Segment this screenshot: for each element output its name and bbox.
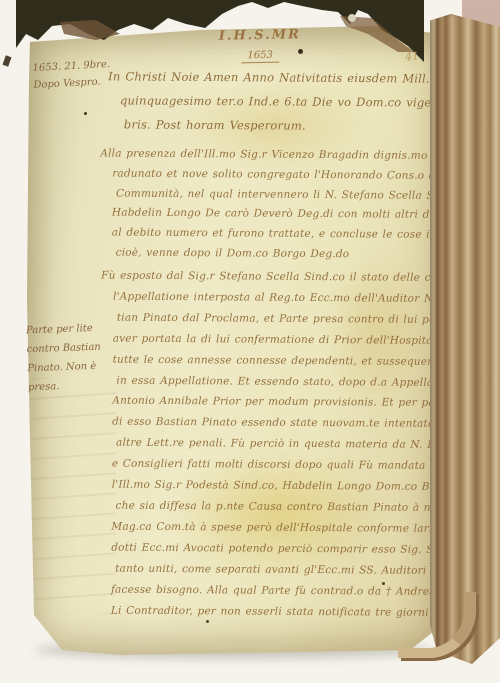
manuscript-photo: I.H.S.MR 1653 41 1653. 21. 9bre. Dopo Ve… [0, 0, 500, 683]
margin-note-line: Pinato. Non è [27, 357, 102, 379]
handwriting-layer: I.H.S.MR 1653 41 1653. 21. 9bre. Dopo Ve… [0, 0, 500, 683]
book-fore-edge [430, 14, 500, 664]
margin-note-date: 1653. 21. 9bre. Dopo Vespro. [32, 56, 111, 94]
margin-note-line: Dopo Vespro. [33, 73, 111, 94]
header-monogram-block: I.H.S.MR 1653 [200, 27, 321, 64]
margin-note-line: presa. [28, 376, 103, 398]
margin-note-case: Parte per lite contro Bastian Pinato. No… [26, 319, 103, 398]
year-heading: 1653 [241, 50, 279, 64]
margin-note-line: Parte per lite [26, 319, 101, 341]
margin-note-line: contro Bastian [26, 338, 101, 360]
folio-number: 41 [404, 49, 419, 63]
